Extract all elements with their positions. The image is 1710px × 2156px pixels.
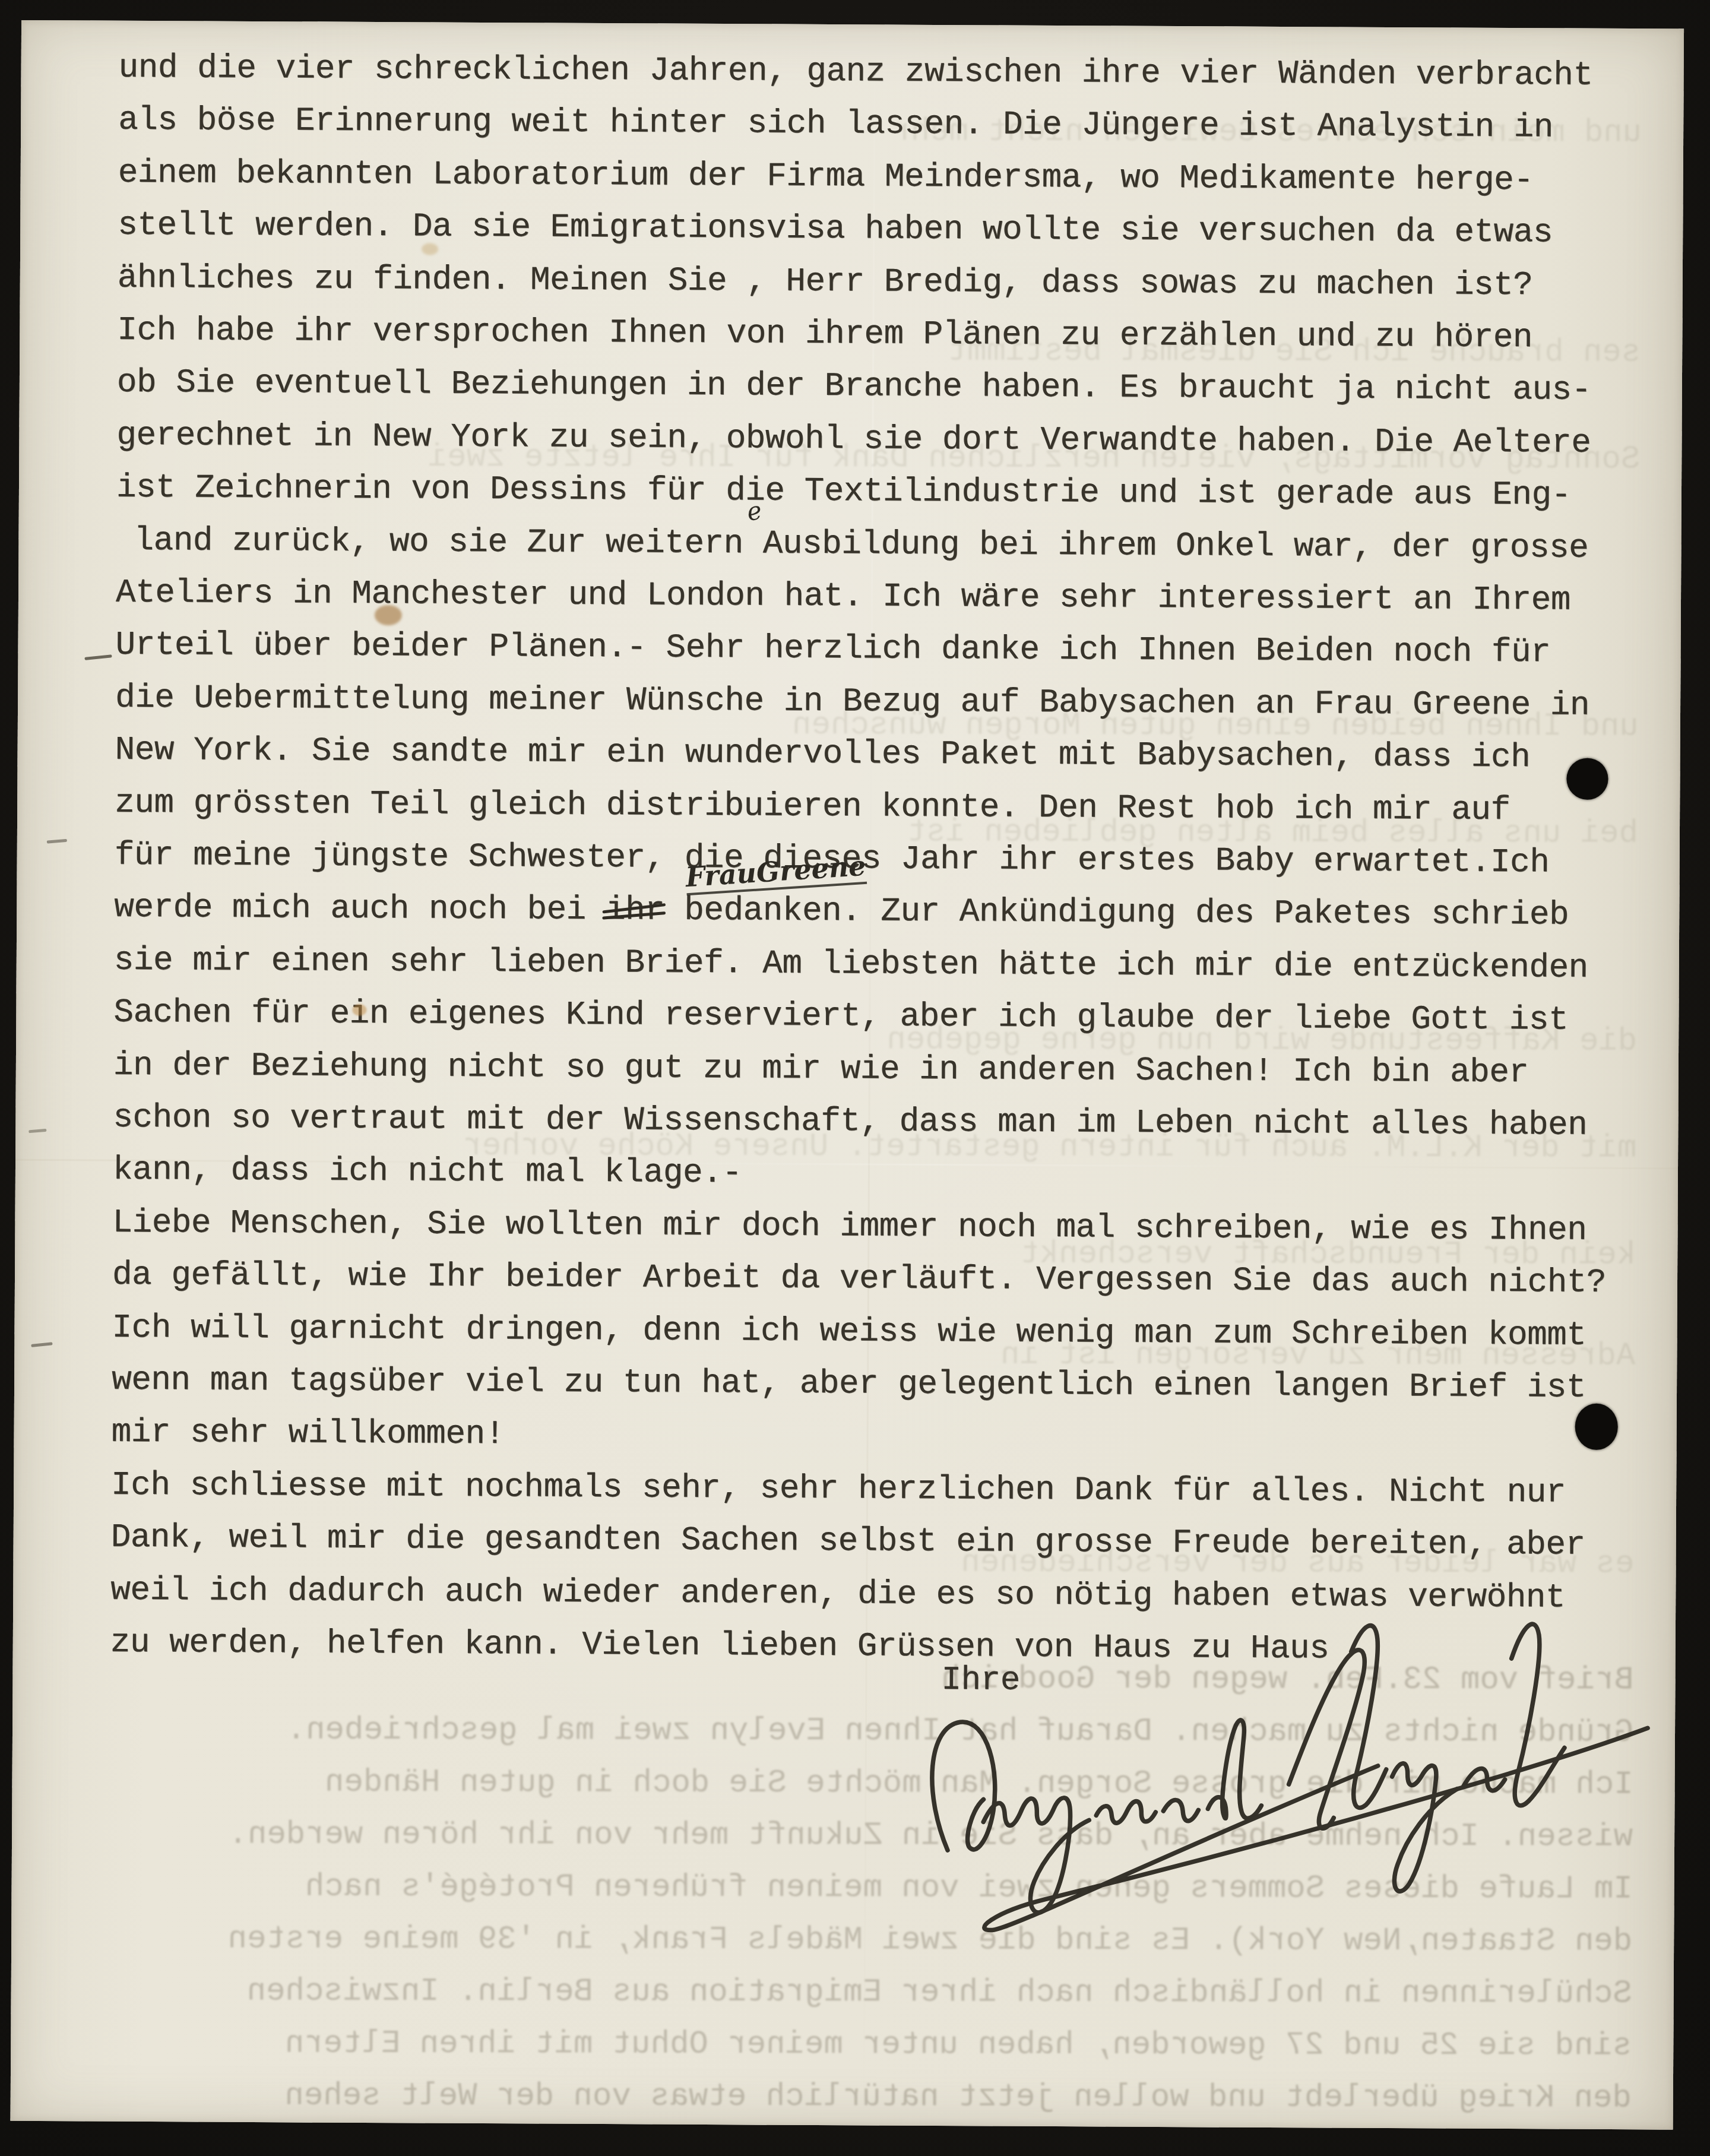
signature-middle-words <box>1096 1720 1262 1824</box>
paper-stain <box>352 1004 366 1016</box>
punch-hole-top <box>1566 758 1608 800</box>
letter-paper: Brief vom 23.Feb. wegen der GoodrichGrün… <box>11 20 1684 2130</box>
signature-first-name <box>932 1722 1090 1913</box>
scanned-letter-page: Brief vom 23.Feb. wegen der GoodrichGrün… <box>0 0 1710 2156</box>
signature-underline-flourish <box>984 1724 1648 1933</box>
paper-stain <box>422 243 438 255</box>
handwritten-signature <box>11 20 1684 2130</box>
punch-hole-bottom <box>1575 1404 1618 1450</box>
signature-last-name <box>1288 1623 1565 1892</box>
paper-stain <box>375 605 402 625</box>
